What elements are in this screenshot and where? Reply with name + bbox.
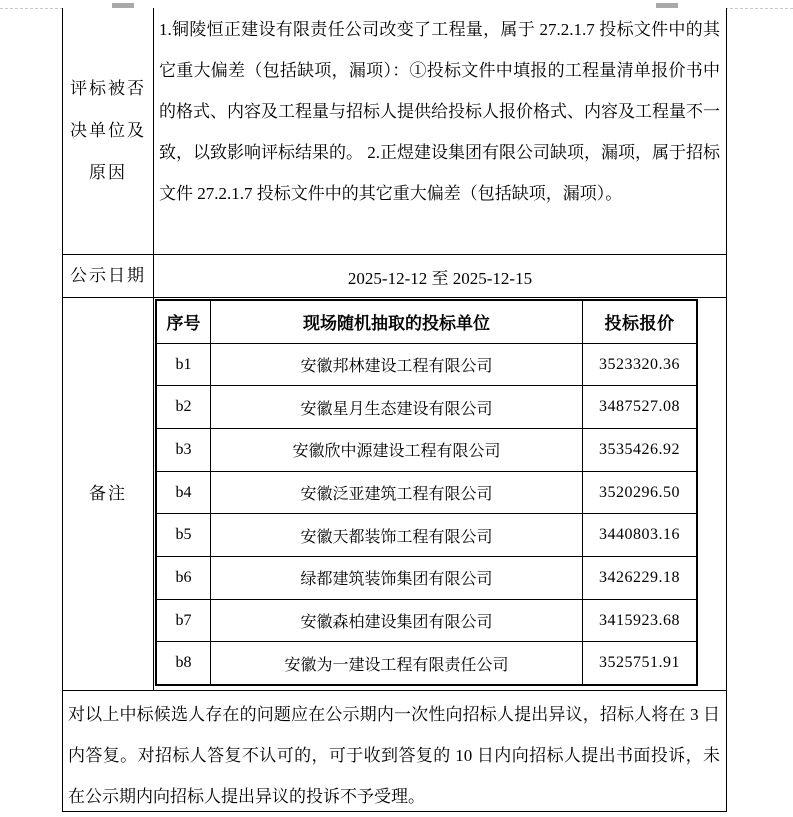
bid-seq: b2 — [157, 386, 211, 428]
bid-table-row: b8 安徽为一建设工程有限责任公司 3525751.91 — [157, 642, 696, 684]
bid-name: 安徽森柏建设集团有限公司 — [211, 600, 583, 642]
bid-price: 3440803.16 — [583, 514, 696, 556]
bid-name: 安徽星月生态建设有限公司 — [211, 386, 583, 428]
table-row-publicity-date: 公示日期 2025-12-12 至 2025-12-15 — [63, 255, 726, 298]
bid-name: 安徽欣中源建设工程有限公司 — [211, 429, 583, 471]
bid-price: 3523320.36 — [583, 344, 696, 386]
table-row-notice: 对以上中标候选人存在的问题应在公示期内一次性向招标人提出异议，招标人将在 3 日… — [63, 691, 726, 812]
bid-seq: b8 — [157, 642, 211, 684]
bid-table-row: b6 绿都建筑装饰集团有限公司 3426229.18 — [157, 557, 696, 600]
bid-name: 绿都建筑装饰集团有限公司 — [211, 557, 583, 599]
table-row-remark: 备注 序号 现场随机抽取的投标单位 投标报价 b1 安徽邦林建设工程有限公司 3… — [63, 298, 726, 691]
bid-table-row: b1 安徽邦林建设工程有限公司 3523320.36 — [157, 344, 696, 387]
remark-row-content: 序号 现场随机抽取的投标单位 投标报价 b1 安徽邦林建设工程有限公司 3523… — [154, 298, 726, 690]
remark-row-label: 备注 — [63, 298, 154, 690]
bid-seq: b3 — [157, 429, 211, 471]
bid-table-row: b3 安徽欣中源建设工程有限公司 3535426.92 — [157, 429, 696, 472]
bid-seq: b7 — [157, 600, 211, 642]
bid-table-row: b4 安徽泛亚建筑工程有限公司 3520296.50 — [157, 472, 696, 515]
bid-name: 安徽泛亚建筑工程有限公司 — [211, 472, 583, 514]
bid-table-row: b2 安徽星月生态建设有限公司 3487527.08 — [157, 386, 696, 429]
bid-seq: b4 — [157, 472, 211, 514]
header-bidder: 现场随机抽取的投标单位 — [211, 301, 583, 343]
bid-table-row: b7 安徽森柏建设集团有限公司 3415923.68 — [157, 600, 696, 643]
header-seq: 序号 — [157, 301, 211, 343]
rejection-row-label: 评标被否决单位及原因 — [63, 8, 154, 254]
table-row-rejection: 评标被否决单位及原因 1.铜陵恒正建设有限责任公司改变了工程量，属于 27.2.… — [63, 8, 726, 255]
bid-price: 3415923.68 — [583, 600, 696, 642]
document-page: 评标被否决单位及原因 1.铜陵恒正建设有限责任公司改变了工程量，属于 27.2.… — [0, 0, 793, 817]
bid-table-header-row: 序号 现场随机抽取的投标单位 投标报价 — [157, 301, 696, 344]
bid-name: 安徽天都装饰工程有限公司 — [211, 514, 583, 556]
bid-name: 安徽邦林建设工程有限公司 — [211, 344, 583, 386]
header-price: 投标报价 — [583, 301, 696, 343]
publicity-date-value: 2025-12-12 至 2025-12-15 — [154, 255, 726, 297]
rejection-row-content: 1.铜陵恒正建设有限责任公司改变了工程量，属于 27.2.1.7 投标文件中的其… — [154, 8, 726, 254]
bid-name: 安徽为一建设工程有限责任公司 — [211, 642, 583, 684]
bid-seq: b1 — [157, 344, 211, 386]
bid-price: 3535426.92 — [583, 429, 696, 471]
bid-table-row: b5 安徽天都装饰工程有限公司 3440803.16 — [157, 514, 696, 557]
publicity-table: 评标被否决单位及原因 1.铜陵恒正建设有限责任公司改变了工程量，属于 27.2.… — [62, 8, 727, 812]
objection-notice-text: 对以上中标候选人存在的问题应在公示期内一次性向招标人提出异议，招标人将在 3 日… — [63, 691, 726, 811]
bid-price: 3487527.08 — [583, 386, 696, 428]
bid-seq: b5 — [157, 514, 211, 556]
bid-seq: b6 — [157, 557, 211, 599]
bid-price: 3520296.50 — [583, 472, 696, 514]
rejection-paragraph-1: 1.铜陵恒正建设有限责任公司改变了工程量，属于 27.2.1.7 投标文件中的其… — [159, 20, 720, 162]
bid-price: 3525751.91 — [583, 642, 696, 684]
bid-price: 3426229.18 — [583, 557, 696, 599]
publicity-date-label: 公示日期 — [63, 255, 154, 297]
bid-price-table: 序号 现场随机抽取的投标单位 投标报价 b1 安徽邦林建设工程有限公司 3523… — [155, 299, 698, 686]
